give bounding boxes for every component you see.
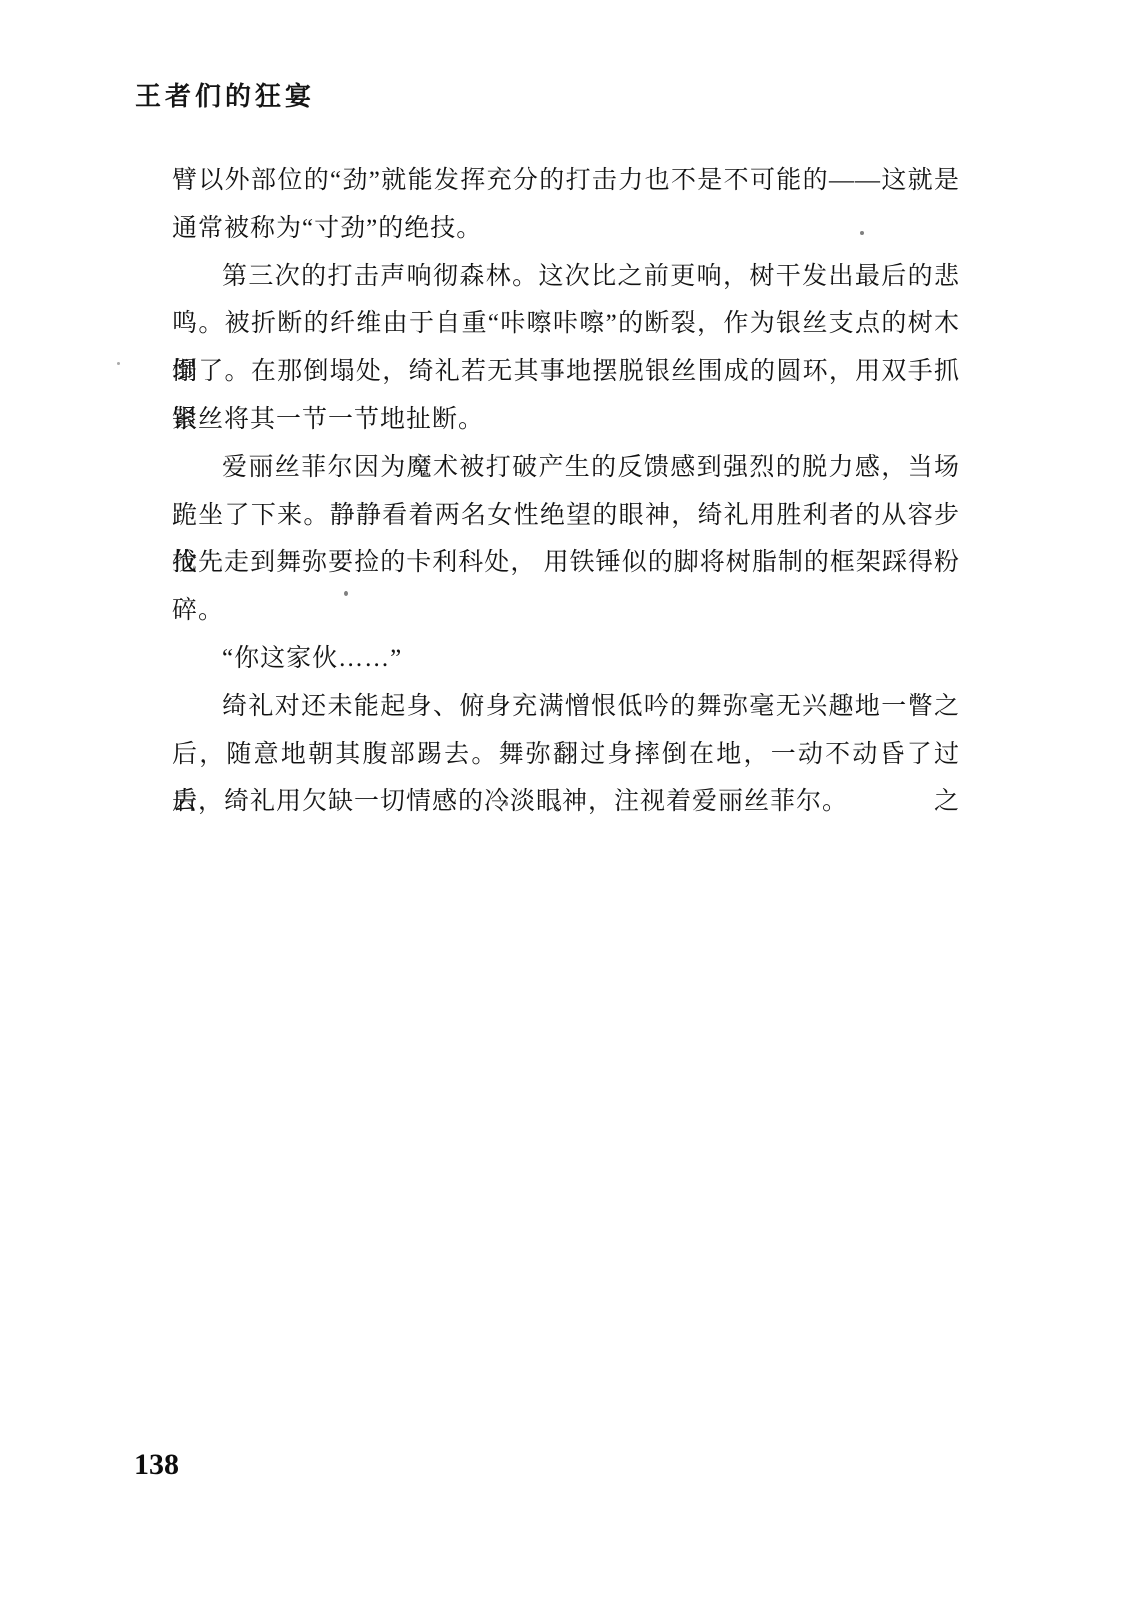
scan-speck <box>117 362 120 365</box>
text-line: 碎。 <box>172 587 960 635</box>
text-line: 臂以外部位的“劲”就能发挥充分的打击力也不是不可能的——这就是 <box>172 157 960 205</box>
text-line: 绮礼对还未能起身、俯身充满憎恨低吟的舞弥毫无兴趣地一瞥之 <box>172 683 960 731</box>
text-line: 爱丽丝菲尔因为魔术被打破产生的反馈感到强烈的脱力感，当场 <box>172 444 960 492</box>
text-line: 跪坐了下来。静静看着两名女性绝望的眼神，绮礼用胜利者的从容步伐 <box>172 492 960 540</box>
body-text: 臂以外部位的“劲”就能发挥充分的打击力也不是不可能的——这就是通常被称为“寸劲”… <box>172 157 960 826</box>
scan-speck <box>505 802 508 806</box>
text-line: 银丝将其一节一节地扯断。 <box>172 396 960 444</box>
scan-speck <box>860 231 864 235</box>
text-line: 通常被称为“寸劲”的绝技。 <box>172 205 960 253</box>
text-line: 鸣。被折断的纤维由于自重“咔嚓咔嚓”的断裂，作为银丝支点的树木倒 <box>172 300 960 348</box>
book-page: 王者们的狂宴 臂以外部位的“劲”就能发挥充分的打击力也不是不可能的——这就是通常… <box>0 0 1136 1624</box>
scan-speck <box>344 591 348 596</box>
text-line: 后，绮礼用欠缺一切情感的冷淡眼神，注视着爱丽丝菲尔。 <box>172 778 960 826</box>
page-number: 138 <box>134 1448 179 1482</box>
text-line: 后，随意地朝其腹部踢去。舞弥翻过身摔倒在地，一动不动昏了过去。之 <box>172 731 960 779</box>
text-line: 塌了。在那倒塌处，绮礼若无其事地摆脱银丝围成的圆环，用双手抓紧 <box>172 348 960 396</box>
text-line: 抢先走到舞弥要捡的卡利科处， 用铁锤似的脚将树脂制的框架踩得粉 <box>172 539 960 587</box>
text-line: “你这家伙……” <box>172 635 960 683</box>
running-head: 王者们的狂宴 <box>135 76 315 113</box>
text-line: 第三次的打击声响彻森林。这次比之前更响，树干发出最后的悲 <box>172 253 960 301</box>
